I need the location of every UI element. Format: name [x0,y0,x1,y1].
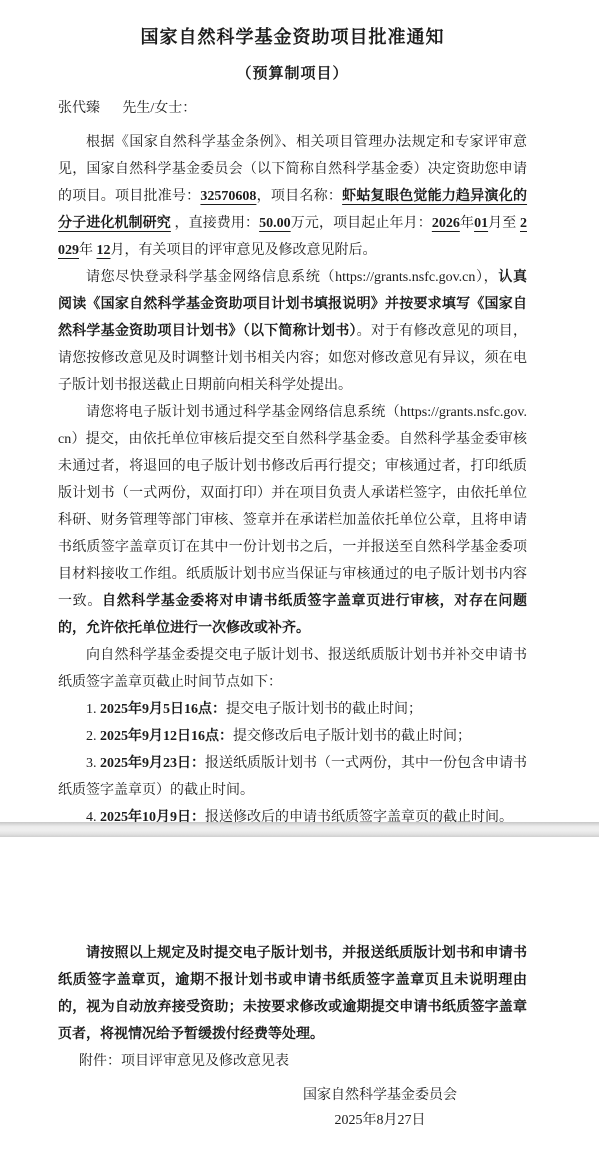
recipient-name: 张代臻 [58,101,100,116]
page-2-content: 请按照以上规定及时提交电子版计划书，并报送纸质版计划书和申请书纸质签字盖章页，逾… [0,940,599,1133]
deadline-item-1: 1. 2025年9月5日16点：提交电子版计划书的截止时间； [58,696,527,723]
paragraph-login-instructions: 请您尽快登录科学基金网络信息系统（https://grants.nsfc.gov… [58,264,527,399]
deadline-item-2: 2. 2025年9月12日16点：提交修改后电子版计划书的截止时间； [58,723,527,750]
deadline-list: 1. 2025年9月5日16点：提交电子版计划书的截止时间； 2. 2025年9… [58,696,527,831]
paragraph-final-notice: 请按照以上规定及时提交电子版计划书，并报送纸质版计划书和申请书纸质签字盖章页，逾… [58,940,527,1048]
signature-org: 国家自然科学基金委员会 [303,1083,457,1108]
page-1-content: 国家自然科学基金资助项目批准通知 （预算制项目） 张代臻先生/女士： 根据《国家… [0,0,599,831]
attachment-line: 附件：项目评审意见及修改意见表 [58,1048,527,1075]
document-page: 国家自然科学基金资助项目批准通知 （预算制项目） 张代臻先生/女士： 根据《国家… [0,0,599,1155]
signature-block: 国家自然科学基金委员会 2025年8月27日 [58,1083,527,1133]
salutation: 张代臻先生/女士： [58,98,527,120]
paragraph-grant-info: 根据《国家自然科学基金条例》、相关项目管理办法规定和专家评审意见，国家自然科学基… [58,129,527,264]
page-break-separator [0,822,599,837]
document-subtitle: （预算制项目） [58,64,527,84]
deadline-item-3: 3. 2025年9月23日：报送纸质版计划书（一式两份，其中一份包含申请书纸质签… [58,750,527,804]
document-title: 国家自然科学基金资助项目批准通知 [58,26,527,48]
paragraph-submission-process: 请您将电子版计划书通过科学基金网络信息系统（https://grants.nsf… [58,399,527,642]
signature-inner: 国家自然科学基金委员会 2025年8月27日 [303,1083,457,1133]
signature-date: 2025年8月27日 [303,1108,457,1133]
paragraph-deadline-intro: 向自然科学基金委提交电子版计划书、报送纸质版计划书并补交申请书纸质签字盖章页截止… [58,642,527,696]
recipient-title: 先生/女士： [122,101,196,116]
